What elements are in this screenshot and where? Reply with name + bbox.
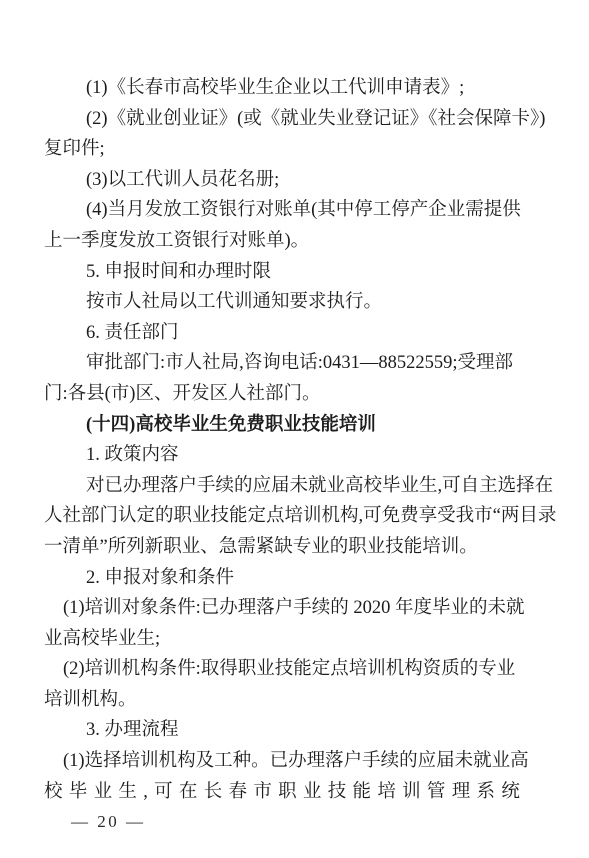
text-line: 一清单”所列新职业、急需紧缺专业的职业技能培训。 (44, 532, 554, 563)
text-line: 培训机构。 (44, 685, 554, 716)
numbered-heading: 2. 申报对象和条件 (44, 563, 554, 594)
text-line: (1)《长春市高校毕业生企业以工代训申请表》; (44, 73, 554, 104)
page-number: — 20 — (71, 812, 146, 832)
text-line: 门:各县(市)区、开发区人社部门。 (44, 379, 554, 410)
text-line: (1)培训对象条件:已办理落户手续的 2020 年度毕业的未就 (44, 593, 554, 624)
text-line: 人社部门认定的职业技能定点培训机构,可免费享受我市“两目录 (44, 501, 554, 532)
text-line: 复印件; (44, 134, 554, 165)
text-line: 审批部门:市人社局,咨询电话:0431—88522559;受理部 (44, 348, 554, 379)
text-line: 校毕业生,可在长春市职业技能培训管理系统 (44, 777, 554, 808)
section-heading: (十四)高校毕业生免费职业技能培训 (44, 410, 554, 441)
document-page: (1)《长春市高校毕业生企业以工代训申请表》; (2)《就业创业证》(或《就业失… (0, 0, 589, 858)
numbered-heading: 1. 政策内容 (44, 440, 554, 471)
text-line: 对已办理落户手续的应届未就业高校毕业生,可自主选择在 (44, 471, 554, 502)
numbered-heading: 6. 责任部门 (44, 318, 554, 349)
text-line: 上一季度发放工资银行对账单)。 (44, 226, 554, 257)
text-line: (3)以工代训人员花名册; (44, 165, 554, 196)
text-line: (2)培训机构条件:取得职业技能定点培训机构资质的专业 (44, 654, 554, 685)
text-line: (4)当月发放工资银行对账单(其中停工停产企业需提供 (44, 195, 554, 226)
document-body: (1)《长春市高校毕业生企业以工代训申请表》; (2)《就业创业证》(或《就业失… (44, 73, 554, 807)
numbered-heading: 3. 办理流程 (44, 715, 554, 746)
numbered-heading: 5. 申报时间和办理时限 (44, 257, 554, 288)
text-line: 业高校毕业生; (44, 624, 554, 655)
text-line: 按市人社局以工代训通知要求执行。 (44, 287, 554, 318)
text-line: (2)《就业创业证》(或《就业失业登记证》《社会保障卡》) (44, 104, 554, 135)
text-line: (1)选择培训机构及工种。已办理落户手续的应届未就业高 (44, 746, 554, 777)
